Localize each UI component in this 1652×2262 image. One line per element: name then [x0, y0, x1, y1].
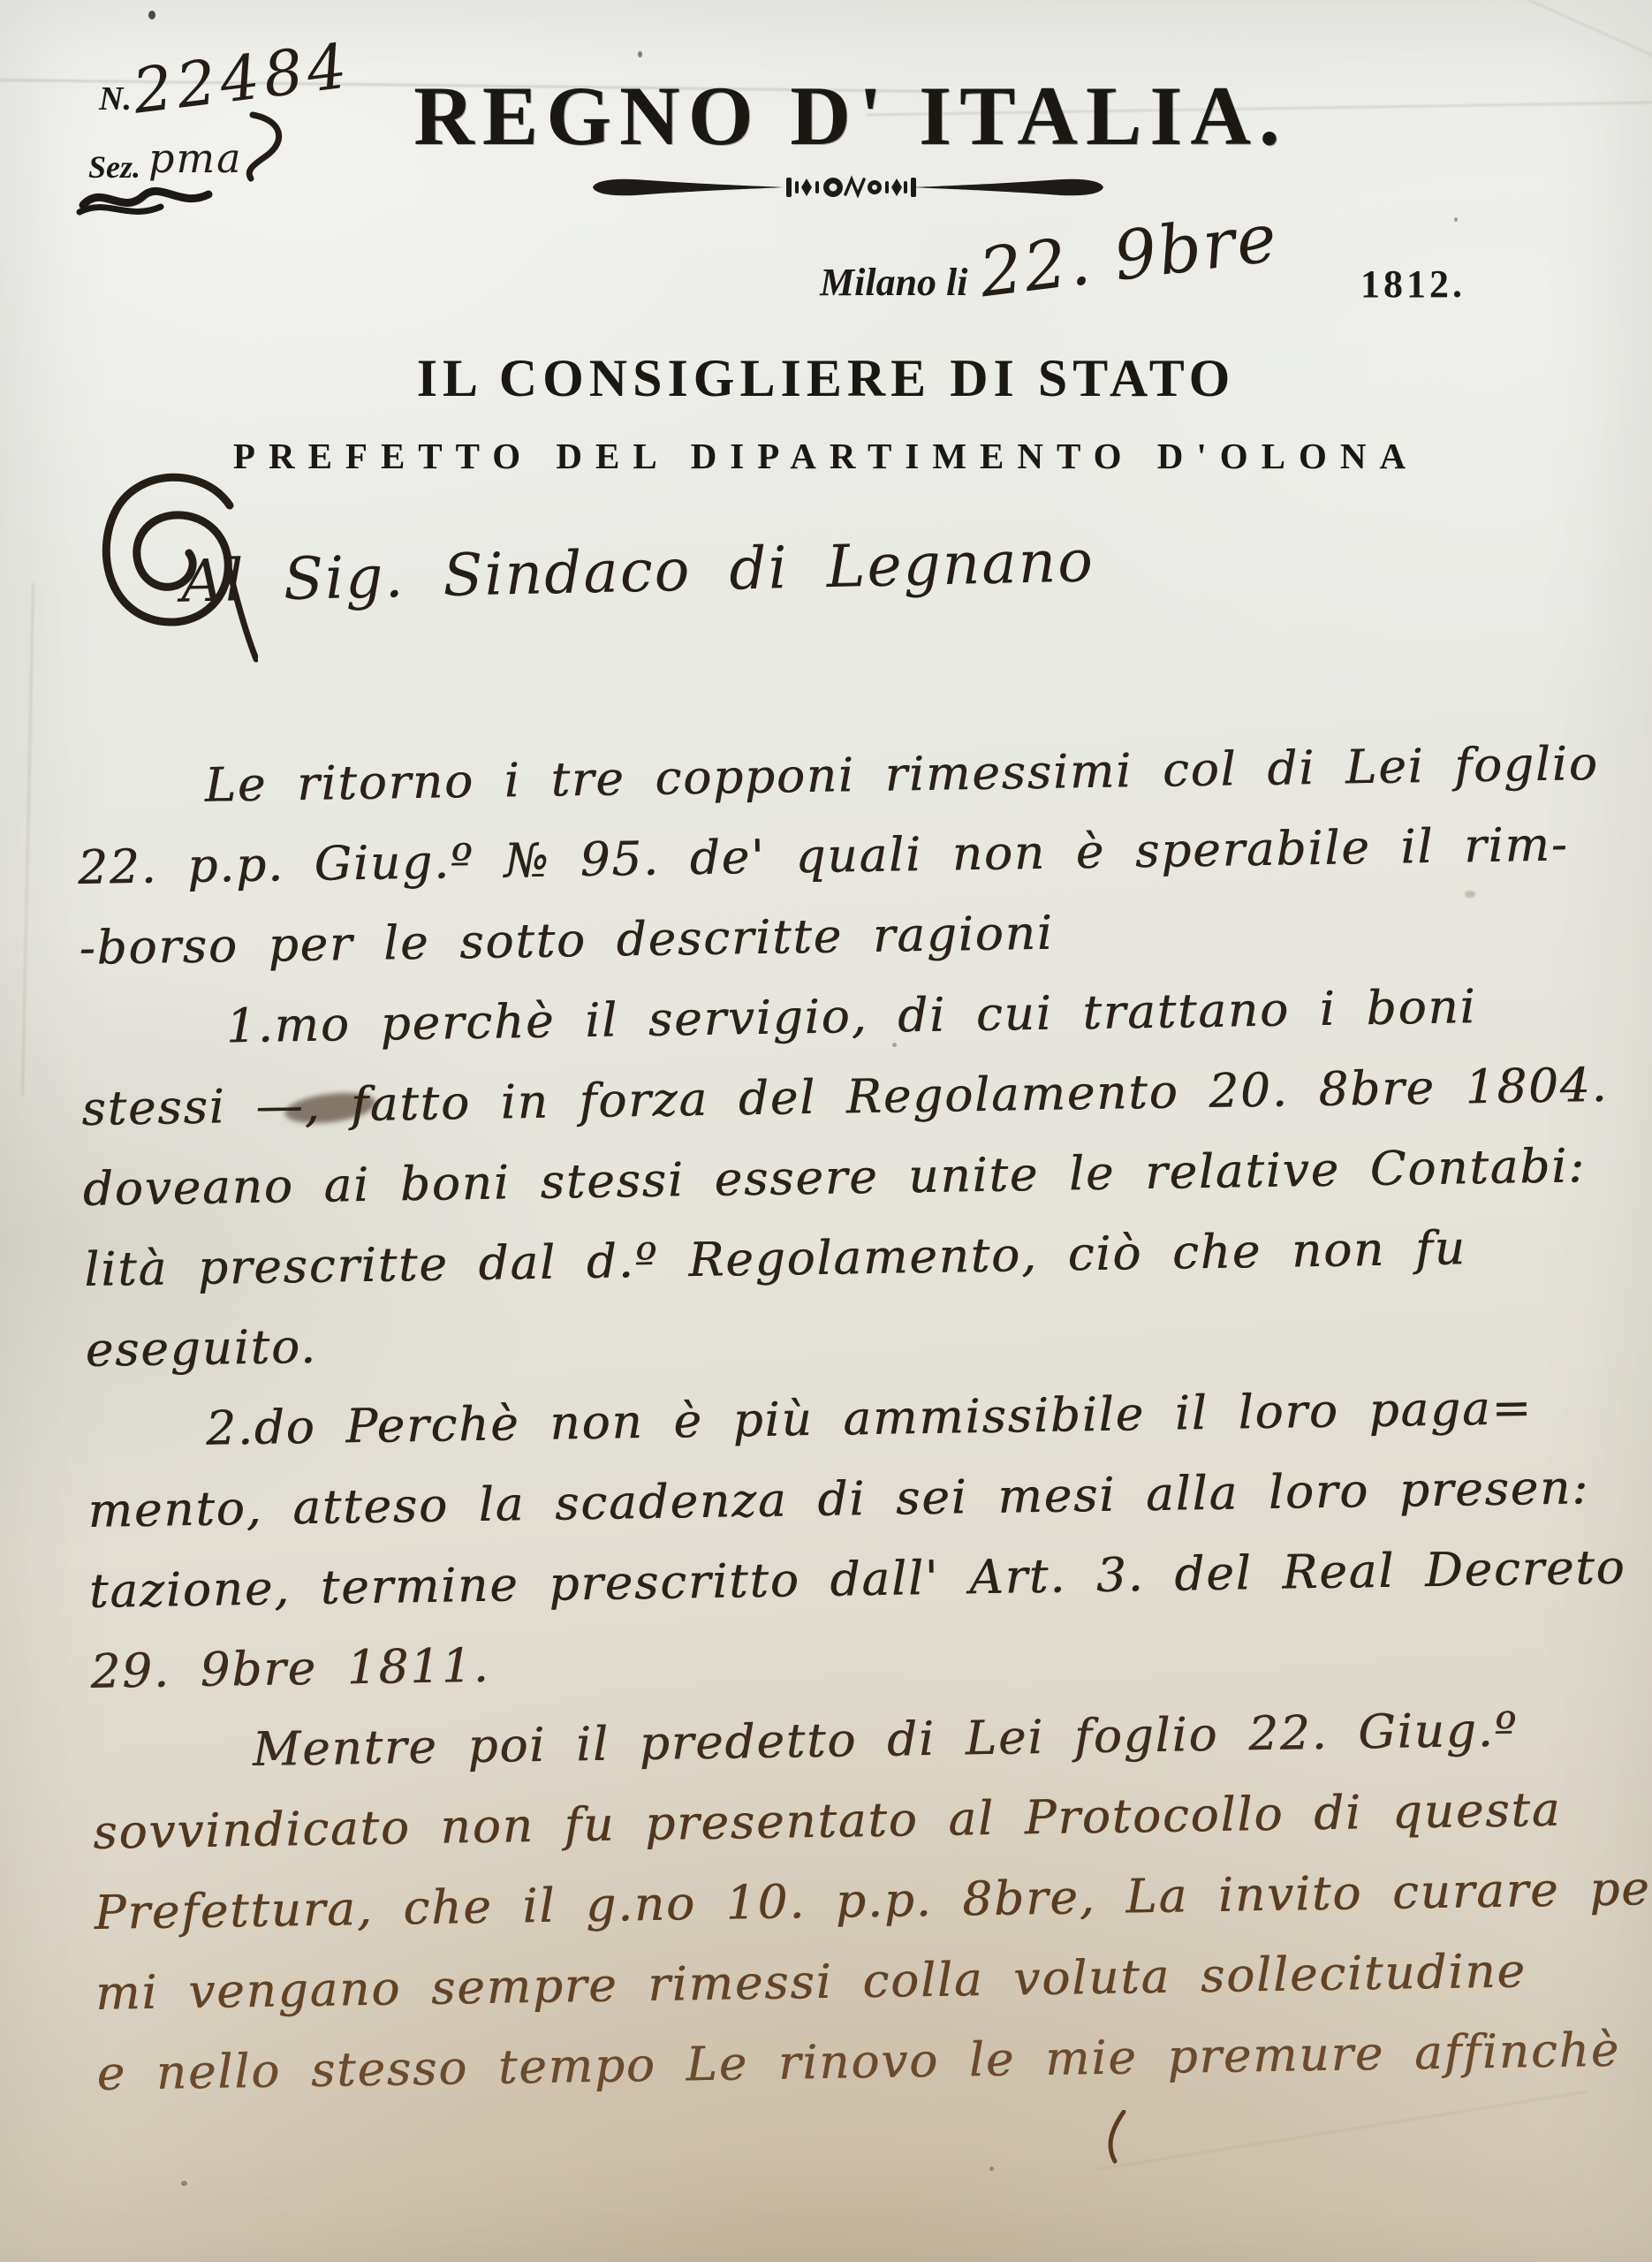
ink-speck: [148, 11, 155, 19]
dateline-date-handwritten: 22. 9bre: [975, 198, 1283, 313]
paper-crease: [1098, 2091, 1587, 2170]
ink-speck: [638, 51, 642, 57]
ink-speck: [989, 2167, 994, 2171]
dateline-year-printed: 1812.: [1360, 262, 1466, 307]
section-row: Sez. pma: [88, 140, 243, 187]
office-title-line1: IL CONSIGLIERE DI STATO: [417, 348, 1236, 409]
section-label: Sez.: [88, 149, 140, 185]
office-title-line2: PREFETTO DEL DIPARTIMENTO D'OLONA: [233, 435, 1419, 477]
kingdom-title: REGNO D' ITALIA.: [413, 67, 1287, 164]
descender-flourish: [1101, 2110, 1133, 2165]
section-paraph: [76, 182, 226, 223]
manuscript-body: Le ritorno i tre copponi rimessimi col d…: [76, 723, 1652, 2114]
manuscript-letter-page: N. 22484 Sez. pma REGNO D' ITALIA. Milan…: [0, 0, 1652, 2262]
section-value-handwritten: pma: [148, 134, 243, 182]
number-flourish: [237, 111, 299, 182]
ink-speck: [1454, 217, 1458, 222]
dateline-place-printed: Milano li: [820, 260, 968, 305]
recipient-line: Al Sig. Sindaco di Legnano: [180, 527, 1095, 615]
document-number-label: N.: [99, 80, 132, 118]
ink-speck: [181, 2181, 187, 2186]
paper-crease: [21, 583, 34, 1096]
ornament-divider-icon: [587, 171, 1109, 203]
paper-crease: [1493, 0, 1652, 72]
